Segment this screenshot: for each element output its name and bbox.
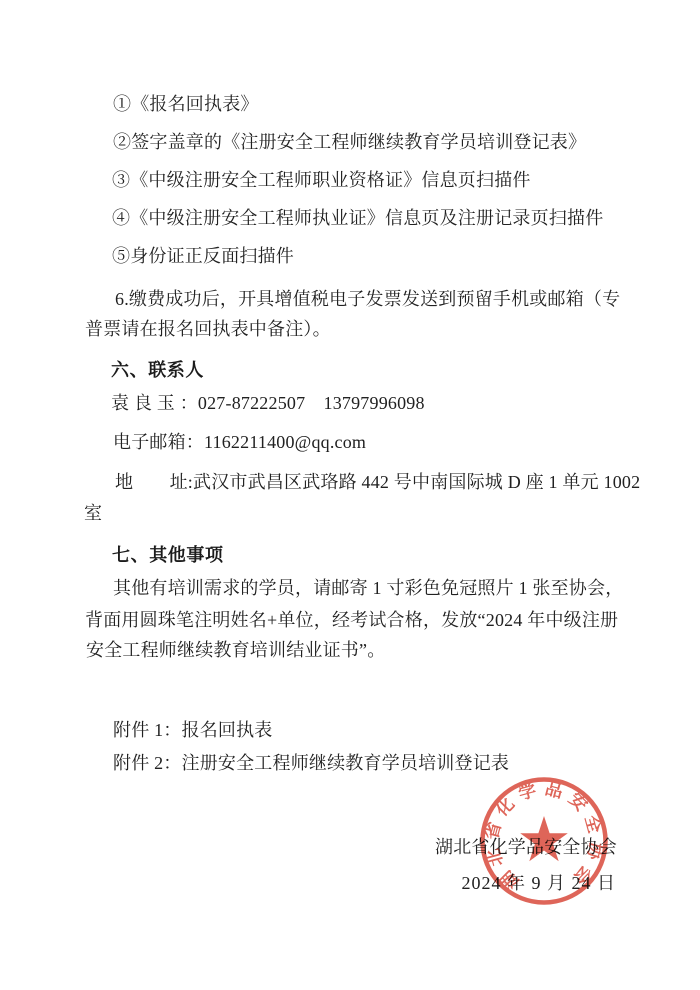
checklist-item-4: ④《中级注册安全工程师执业证》信息页及注册记录页扫描件 xyxy=(112,206,603,230)
contact-address-line-1: 地 址:武汉市武昌区武珞路 442 号中南国际城 D 座 1 单元 1002 xyxy=(115,470,640,494)
contact-name-phone: 袁 良 玉 ：027-87222507 13797996098 xyxy=(111,391,425,415)
signature-date: 2024 年 9 月 24 日 xyxy=(462,871,617,895)
signature-org: 湖北省化学品安全协会 xyxy=(435,835,617,859)
checklist-item-3: ③《中级注册安全工程师职业资格证》信息页扫描件 xyxy=(112,168,531,192)
payment-note-line-2: 普票请在报名回执表中备注）。 xyxy=(85,317,331,341)
contact-email: 电子邮箱：1162211400@qq.com xyxy=(113,430,366,454)
other-note-line-3: 安全工程师继续教育培训结业证书”。 xyxy=(86,638,385,662)
checklist-item-5: ⑤身份证正反面扫描件 xyxy=(112,244,294,268)
checklist-item-1: ①《报名回执表》 xyxy=(113,92,259,116)
contact-address-line-2: 室 xyxy=(84,501,102,525)
section-heading-contacts: 六、联系人 xyxy=(111,358,204,382)
other-note-line-1: 其他有培训需求的学员，请邮寄 1 寸彩色免冠照片 1 张至协会， xyxy=(113,576,623,600)
section-heading-other: 七、其他事项 xyxy=(112,543,224,567)
attachment-item-2: 附件 2：注册安全工程师继续教育学员培训登记表 xyxy=(113,751,509,775)
checklist-item-2: ②签字盖章的《注册安全工程师继续教育学员培训登记表》 xyxy=(113,130,586,154)
payment-note-line-1: 6.缴费成功后，开具增值税电子发票发送到预留手机或邮箱（专 xyxy=(115,287,620,311)
other-note-line-2: 背面用圆珠笔注明姓名+单位，经考试合格，发放“2024 年中级注册 xyxy=(85,608,618,632)
attachment-item-1: 附件 1：报名回执表 xyxy=(113,718,273,742)
scanned-document-page: ①《报名回执表》 ②签字盖章的《注册安全工程师继续教育学员培训登记表》 ③《中级… xyxy=(0,0,700,990)
